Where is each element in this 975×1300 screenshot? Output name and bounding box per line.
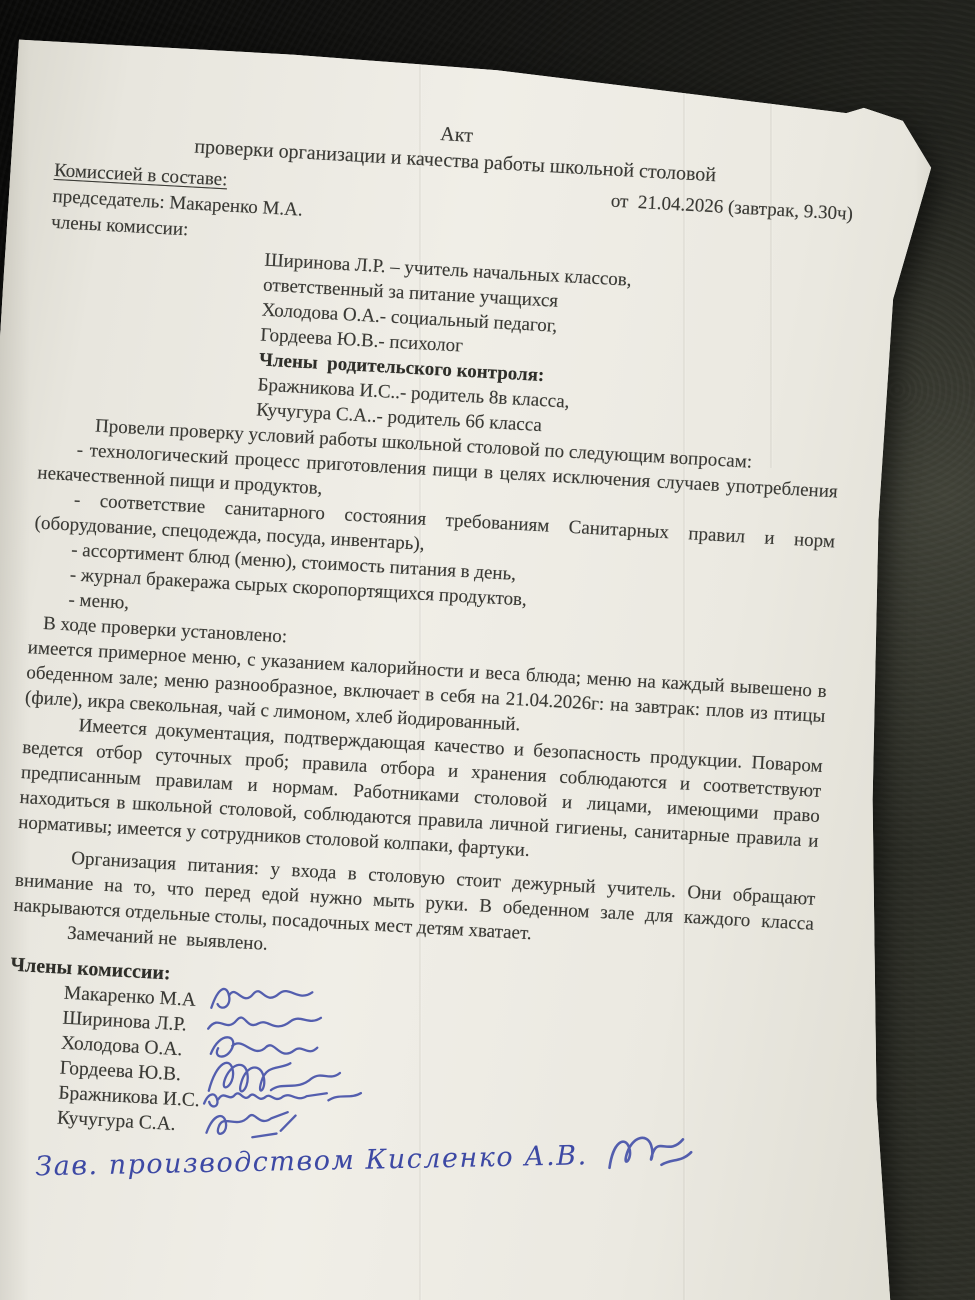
members-block: Ширинова Л.Р. – учитель начальных классо… (256, 248, 850, 455)
handwritten-line: Зав. производством Кисленко А.В. (35, 1128, 800, 1189)
signatory-name: Кучугура С.А. (56, 1108, 176, 1135)
document-content: Акт проверки организации и качества рабо… (0, 100, 857, 1231)
paper-sheet: Акт проверки организации и качества рабо… (0, 0, 975, 1300)
handwritten-text: Зав. производством Кисленко А.В. (35, 1143, 588, 1179)
paper-sheet-wrapper: Акт проверки организации и качества рабо… (0, 0, 975, 1300)
signature-ink (601, 1130, 697, 1178)
